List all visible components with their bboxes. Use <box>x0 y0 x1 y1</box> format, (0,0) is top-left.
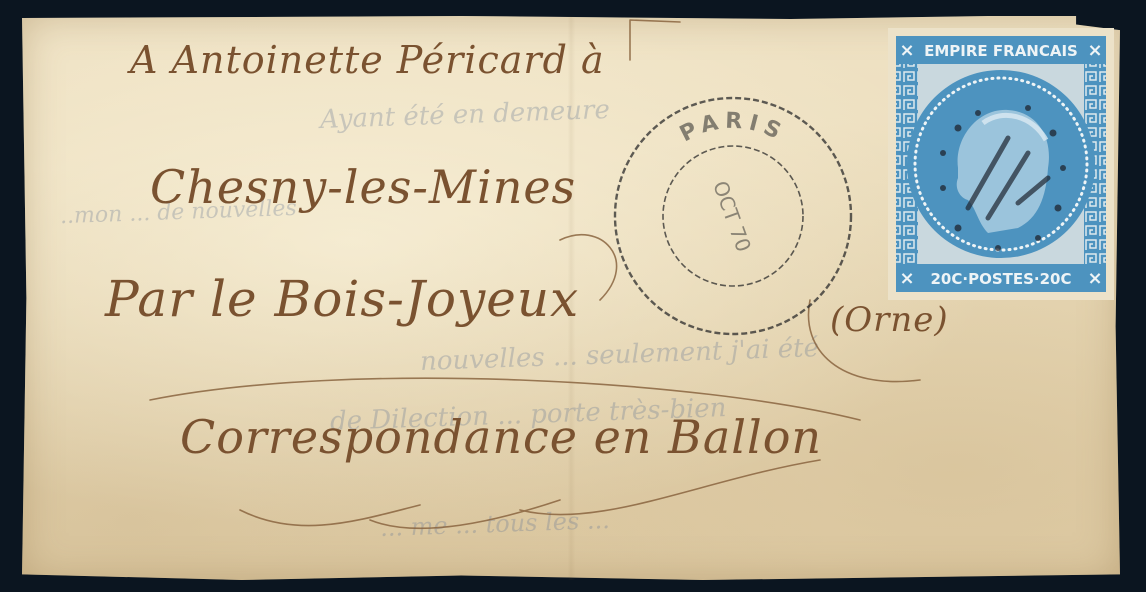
stamp-bottom-text: 20C·POSTES·20C <box>931 270 1072 288</box>
svg-text:PARIS: PARIS <box>676 109 790 148</box>
stamp-corner-cross: × <box>899 268 914 289</box>
stamp-corner-cross: × <box>899 40 914 61</box>
stamp-corner-cross: × <box>1087 268 1102 289</box>
stamp-corner-cross: × <box>1087 40 1102 61</box>
stamp-top-text: EMPIRE FRANCAIS <box>924 42 1078 60</box>
postmark-date: OCT 70 <box>708 178 756 255</box>
postage-stamp: EMPIRE FRANCAIS 20C·POSTES·20C × × × × <box>888 28 1114 300</box>
postmark-rim-text: PARIS <box>676 109 790 148</box>
address-line-via: Par le Bois-Joyeux <box>105 270 579 328</box>
address-line-routing: Correspondance en Ballon <box>180 410 822 464</box>
address-line-addressee: A Antoinette Péricard à <box>130 38 605 82</box>
circular-date-postmark: PARIS OCT 70 <box>605 88 861 344</box>
address-line-town: Chesny-les-Mines <box>150 160 576 214</box>
